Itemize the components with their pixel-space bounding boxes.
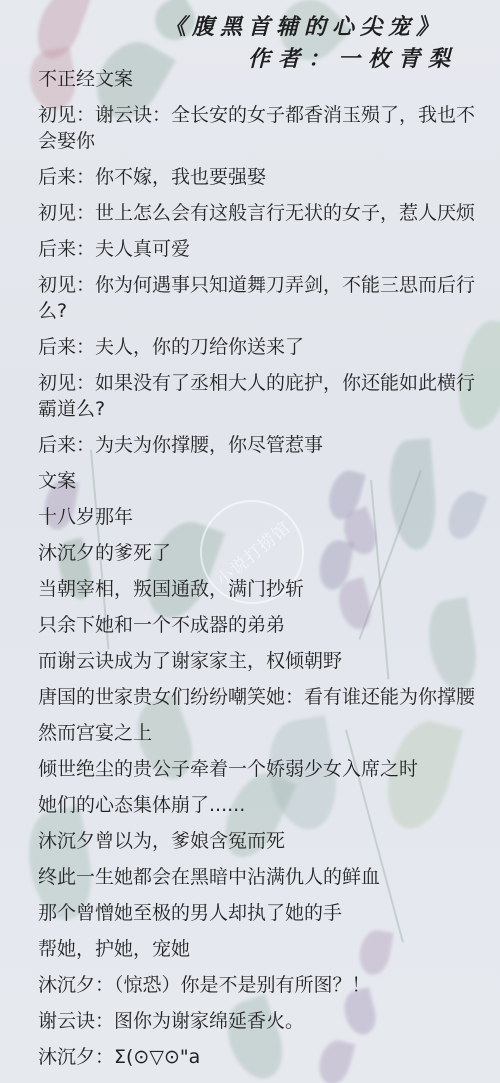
paragraph: 那个曾憎她至极的男人却执了她的手 [38,900,478,926]
paragraph: 后来：夫人真可爱 [38,236,478,262]
paragraph: 沐沉夕的爹死了 [38,540,478,566]
paragraph: 唐国的世家贵女们纷纷嘲笑她：看有谁还能为你撑腰 [38,684,478,710]
paragraph: 倾世绝尘的贵公子牵着一个娇弱少女入席之时 [38,756,478,782]
paragraph: 初见：如果没有了丞相大人的庇护，你还能如此横行霸道么? [38,370,478,422]
paragraph: 不正经文案 [38,66,478,92]
paragraph: 帮她，护她，宠她 [38,936,478,962]
paragraph: 然而宫宴之上 [38,720,478,746]
paragraph: 后来：夫人，你的刀给你送来了 [38,334,478,360]
paragraph: 只余下她和一个不成器的弟弟 [38,612,478,638]
synopsis-text: 不正经文案 初见：谢云诀：全长安的女子都香消玉殒了，我也不会娶你 后来：你不嫁，… [38,66,478,1080]
paragraph: 初见：谢云诀：全长安的女子都香消玉殒了，我也不会娶你 [38,102,478,154]
paragraph: 而谢云诀成为了谢家家主，权倾朝野 [38,648,478,674]
paragraph: 沐沉夕：（惊恐）你是不是别有所图？！ [38,972,478,998]
paragraph: 初见：你为何遇事只知道舞刀弄剑，不能三思而后行么? [38,272,478,324]
paragraph: 初见：世上怎么会有这般言行无状的女子，惹人厌烦 [38,200,478,226]
paragraph: 谢云诀：图你为谢家绵延香火。 [38,1008,478,1034]
paragraph: 她们的心态集体崩了...... [38,792,478,818]
book-header: 《腹黑首辅的心尖宠》 作者：一枚青梨 [0,0,500,70]
paragraph: 终此一生她都会在黑暗中沾满仇人的鲜血 [38,864,478,890]
paragraph: 十八岁那年 [38,504,478,530]
book-title: 《腹黑首辅的心尖宠》 [164,10,444,41]
paragraph: 当朝宰相，叛国通敌，满门抄斩 [38,576,478,602]
paragraph: 沐沉夕曾以为，爹娘含冤而死 [38,828,478,854]
paragraph: 沐沉夕：Σ(⊙▽⊙"a [38,1044,478,1070]
paragraph: 后来：你不嫁，我也要强娶 [38,164,478,190]
paragraph: 文案 [38,468,478,494]
paragraph: 后来：为夫为你撑腰，你尽管惹事 [38,432,478,458]
